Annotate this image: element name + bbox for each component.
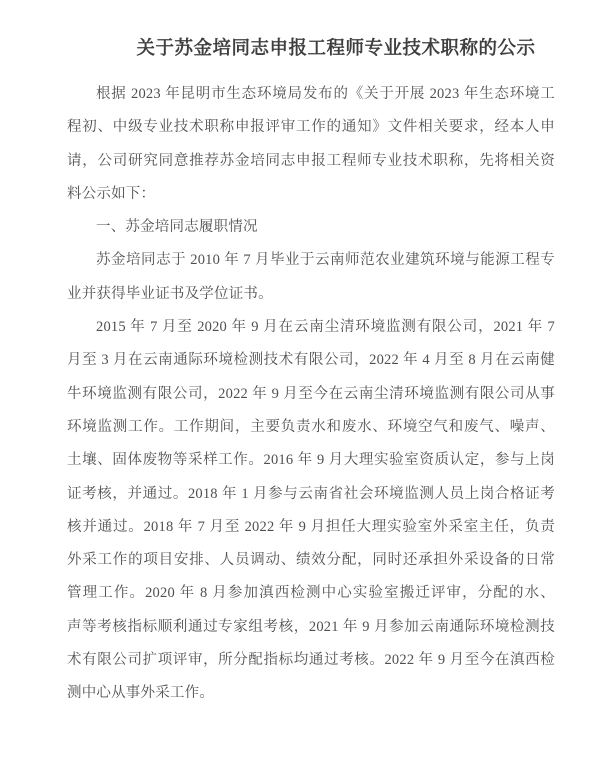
text-line: 证考核，并通过。2018 年 1 月参与云南省社会环境监测人员上岗合格证考 xyxy=(67,478,555,511)
text-line: 根据 2023 年昆明市生态环境局发布的《关于开展 2023 年生态环境工 xyxy=(67,78,555,111)
text-line: 苏金培同志于 2010 年 7 月毕业于云南师范农业建筑环境与能源工程专 xyxy=(67,244,555,277)
text-line: 核并通过。2018 年 7 月至 2022 年 9 月担任大理实验室外采室主任，… xyxy=(67,511,555,544)
text-line: 请，公司研究同意推荐苏金培同志申报工程师专业技术职称，先将相关资 xyxy=(67,145,555,178)
text-line: 一、苏金培同志履职情况 xyxy=(67,211,555,244)
document-page: 关于苏金培同志申报工程师专业技术职称的公示 根据 2023 年昆明市生态环境局发… xyxy=(0,0,611,760)
text-line: 土壤、固体废物等采样工作。2016 年 9 月大理实验室资质认定，参与上岗 xyxy=(67,444,555,477)
text-line: 管理工作。2020 年 8 月参加滇西检测中心实验室搬迁评审，分配的水、气、 xyxy=(67,577,555,610)
text-line: 料公示如下： xyxy=(67,178,555,211)
text-line: 牛环境监测有限公司，2022 年 9 月至今在云南尘清环境监测有限公司从事 xyxy=(67,378,555,411)
text-line: 术有限公司扩项评审，所分配指标均通过考核。2022 年 9 月至今在滇西检 xyxy=(67,644,555,677)
text-line: 外采工作的项目安排、人员调动、绩效分配，同时还承担外采设备的日常 xyxy=(67,544,555,577)
text-line: 业并获得毕业证书及学位证书。 xyxy=(67,278,555,311)
document-title: 关于苏金培同志申报工程师专业技术职称的公示 xyxy=(67,36,555,62)
text-line: 2015 年 7 月至 2020 年 9 月在云南尘清环境监测有限公司，2021… xyxy=(67,311,555,344)
text-line: 程初、中级专业技术职称申报评审工作的通知》文件相关要求，经本人申 xyxy=(67,111,555,144)
text-line: 环境监测工作。工作期间，主要负责水和废水、环境空气和废气、噪声、 xyxy=(67,411,555,444)
text-line: 声等考核指标顺利通过专家组考核，2021 年 9 月参加云南通际环境检测技 xyxy=(67,611,555,644)
text-line: 月至 3 月在云南通际环境检测技术有限公司，2022 年 4 月至 8 月在云南… xyxy=(67,344,555,377)
document-body: 根据 2023 年昆明市生态环境局发布的《关于开展 2023 年生态环境工程初、… xyxy=(67,78,555,711)
document-content: 关于苏金培同志申报工程师专业技术职称的公示 根据 2023 年昆明市生态环境局发… xyxy=(0,0,611,711)
text-line: 测中心从事外采工作。 xyxy=(67,677,555,710)
